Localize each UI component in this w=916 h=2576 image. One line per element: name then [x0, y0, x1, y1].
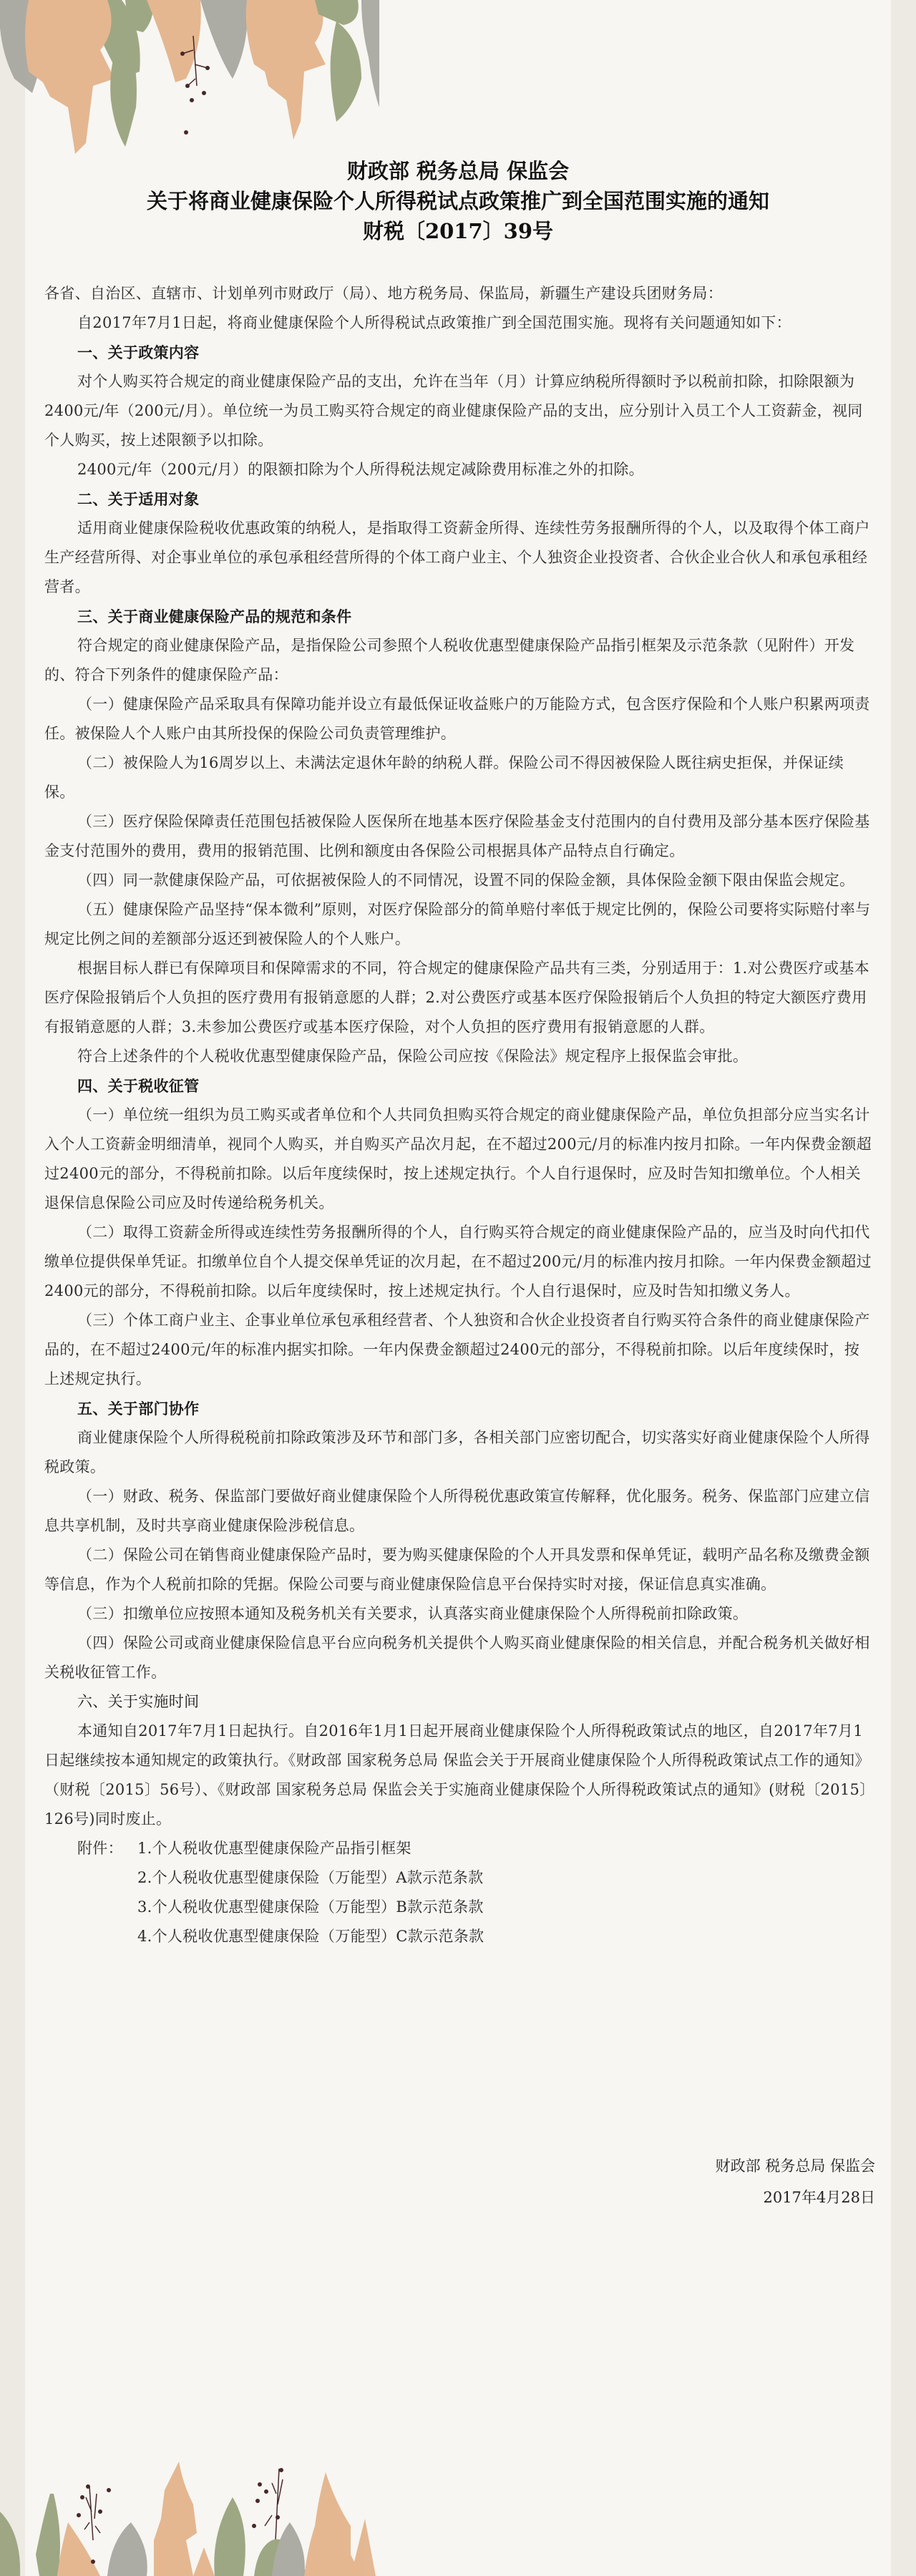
section-heading-6: 六、关于实施时间: [44, 1687, 873, 1717]
paragraph: 商业健康保险个人所得税税前扣除政策涉及环节和部门多，各相关部门应密切配合，切实落…: [44, 1423, 873, 1482]
paragraph: 根据目标人群已有保障项目和保障需求的不同，符合规定的健康保险产品共有三类，分别适…: [44, 954, 873, 1042]
section-heading-3: 三、关于商业健康保险产品的规范和条件: [44, 602, 873, 631]
paragraph: （二）取得工资薪金所得或连续性劳务报酬所得的个人，自行购买符合规定的商业健康保险…: [44, 1218, 873, 1306]
attachments-list: 附件：1.个人税收优惠型健康保险产品指引框架: [44, 1834, 873, 1863]
paragraph: （一）健康保险产品采取具有保障功能并设立有最低保证收益账户的万能险方式，包含医疗…: [44, 690, 873, 748]
paragraph: （五）健康保险产品坚持“保本微利”原则，对医疗保险部分的简单赔付率低于规定比例的…: [44, 895, 873, 954]
paragraph: 适用商业健康保险税收优惠政策的纳税人，是指取得工资薪金所得、连续性劳务报酬所得的…: [44, 514, 873, 602]
paragraph: （二）保险公司在销售商业健康保险产品时，要为购买健康保险的个人开具发票和保单凭证…: [44, 1541, 873, 1599]
paragraph: （三）医疗保险保障责任范围包括被保险人医保所在地基本医疗保险基金支付范围内的自付…: [44, 807, 873, 866]
paragraph: （四）保险公司或商业健康保险信息平台应向税务机关提供个人购买商业健康保险的相关信…: [44, 1629, 873, 1687]
signoff-issuers: 财政部 税务总局 保监会: [716, 2150, 875, 2182]
signoff-date: 2017年4月28日: [716, 2182, 875, 2213]
attachment-item: 4.个人税收优惠型健康保险（万能型）C款示范条款: [44, 1922, 873, 1951]
document-body: 各省、自治区、直辖市、计划单列市财政厅（局）、地方税务局、保监局，新疆生产建设兵…: [44, 279, 873, 1951]
signoff-block: 财政部 税务总局 保监会 2017年4月28日: [716, 2150, 875, 2213]
section-heading-2: 二、关于适用对象: [44, 484, 873, 514]
attachments-label: 附件：: [77, 1834, 137, 1863]
section-heading-4: 四、关于税收征管: [44, 1071, 873, 1101]
paragraph: （三）个体工商户业主、企事业单位承包承租经营者、个人独资和合伙企业投资者自行购买…: [44, 1306, 873, 1394]
paragraph: （二）被保险人为16周岁以上、未满法定退休年龄的纳税人群。保险公司不得因被保险人…: [44, 748, 873, 807]
document-title: 关于将商业健康保险个人所得税试点政策推广到全国范围实施的通知: [0, 186, 916, 216]
paragraph: 2400元/年（200元/月）的限额扣除为个人所得税法规定减除费用标准之外的扣除…: [44, 455, 873, 484]
document-header: 财政部 税务总局 保监会 关于将商业健康保险个人所得税试点政策推广到全国范围实施…: [0, 156, 916, 246]
section-heading-5: 五、关于部门协作: [44, 1394, 873, 1423]
paragraph: （一）财政、税务、保监部门要做好商业健康保险个人所得税优惠政策宣传解释，优化服务…: [44, 1482, 873, 1541]
attachment-item: 1.个人税收优惠型健康保险产品指引框架: [137, 1840, 411, 1857]
intro-paragraph: 自2017年7月1日起，将商业健康保险个人所得税试点政策推广到全国范围实施。现将…: [44, 308, 873, 338]
addressee: 各省、自治区、直辖市、计划单列市财政厅（局）、地方税务局、保监局，新疆生产建设兵…: [44, 279, 873, 308]
section-heading-1: 一、关于政策内容: [44, 338, 873, 367]
paragraph: 符合上述条件的个人税收优惠型健康保险产品，保险公司应按《保险法》规定程序上报保监…: [44, 1042, 873, 1071]
paragraph: 本通知自2017年7月1日起执行。自2016年1月1日起开展商业健康保险个人所得…: [44, 1717, 873, 1834]
issuers-heading: 财政部 税务总局 保监会: [0, 156, 916, 186]
attachment-item: 2.个人税收优惠型健康保险（万能型）A款示范条款: [44, 1863, 873, 1893]
paragraph: 对个人购买符合规定的商业健康保险产品的支出，允许在当年（月）计算应纳税所得额时予…: [44, 367, 873, 455]
attachment-item: 3.个人税收优惠型健康保险（万能型）B款示范条款: [44, 1893, 873, 1922]
paragraph: 符合规定的商业健康保险产品，是指保险公司参照个人税收优惠型健康保险产品指引框架及…: [44, 631, 873, 690]
document-number: 财税〔2017〕39号: [0, 216, 916, 246]
paragraph: （一）单位统一组织为员工购买或者单位和个人共同负担购买符合规定的商业健康保险产品…: [44, 1101, 873, 1218]
paragraph: （四）同一款健康保险产品，可依据被保险人的不同情况，设置不同的保险金额，具体保险…: [44, 866, 873, 895]
paragraph: （三）扣缴单位应按照本通知及税务机关有关要求，认真落实商业健康保险个人所得税前扣…: [44, 1599, 873, 1629]
